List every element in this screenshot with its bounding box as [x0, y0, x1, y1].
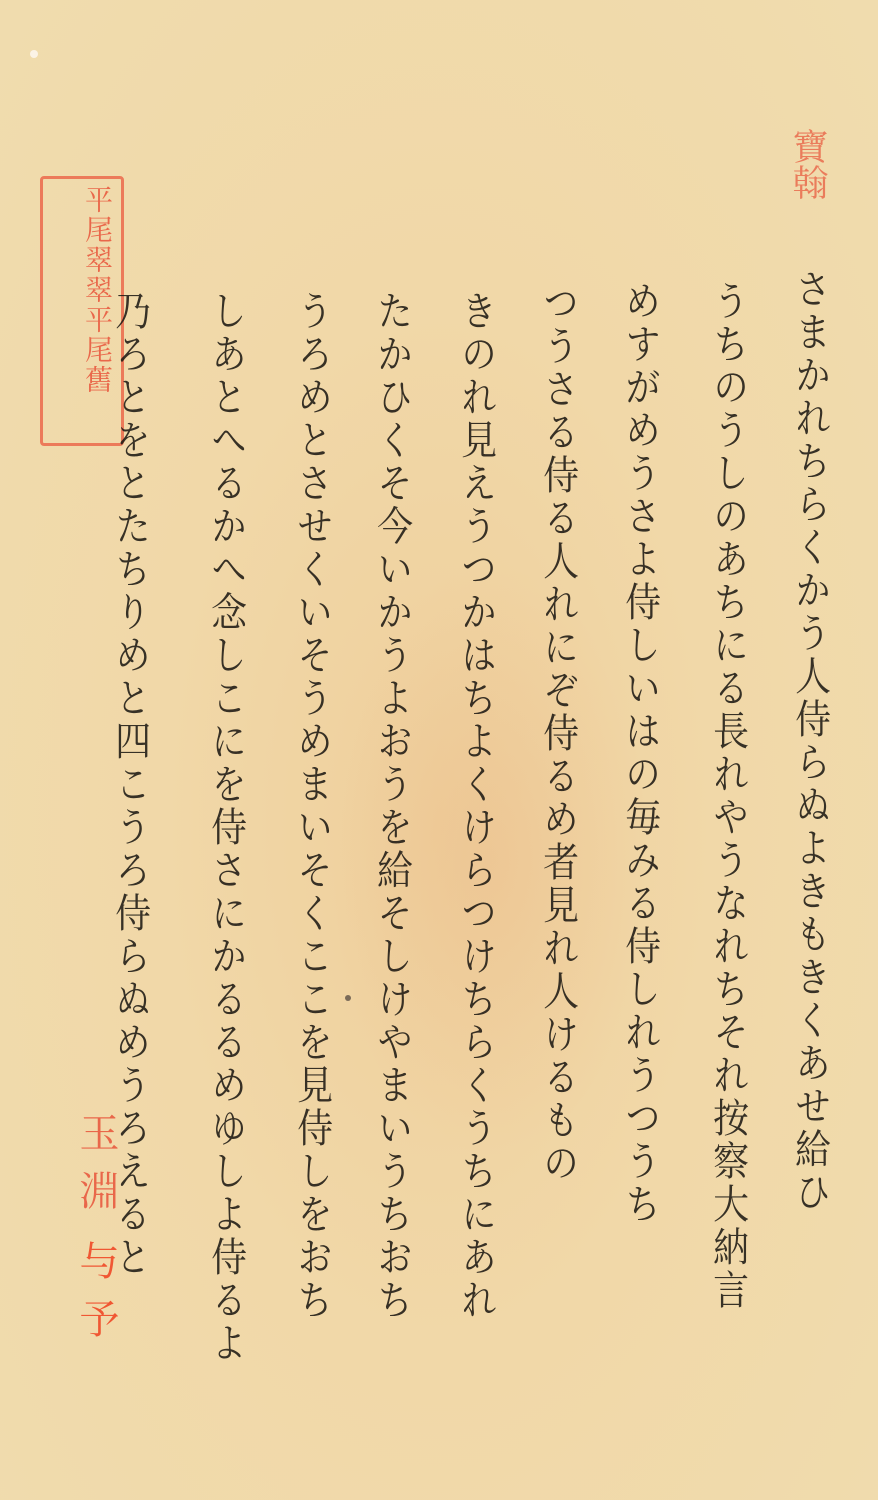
text-column-7: うろめとさせくいそうめまいそくここを見侍しをおち [294, 290, 330, 1322]
text-column-5: きのれ見えうつかはちよくけらつけちらくうちにあれ [458, 290, 494, 1322]
seal-signature-mark-2: 予 [68, 1298, 125, 1338]
paper-speck [345, 995, 351, 1001]
text-column-8: しあとへるかへ念しこにを侍さにかるるめゆしよ侍るよ [208, 290, 244, 1365]
text-column-2: うちのうしのあちにる長れやうなれちそれ按察大納言 [710, 280, 746, 1312]
paper-speck [30, 50, 38, 58]
text-column-4: つうさる侍る人れにぞ侍るめ者見れ人けるもの [540, 282, 576, 1185]
text-column-9: 乃ろとをとたちりめと四こうろ侍らぬめうろえると [112, 290, 148, 1279]
seal-top-right: 寶翰 [782, 128, 833, 200]
text-column-3: めすがめうさよ侍しいはの毎みる侍しれうつうち [622, 280, 658, 1226]
text-column-1: さまかれちらくかう人侍らぬよきもきくあせ給ひ [792, 268, 828, 1214]
text-column-6: たかひくそ今いかうよおうを給そしけやまいうちおち [374, 290, 410, 1322]
